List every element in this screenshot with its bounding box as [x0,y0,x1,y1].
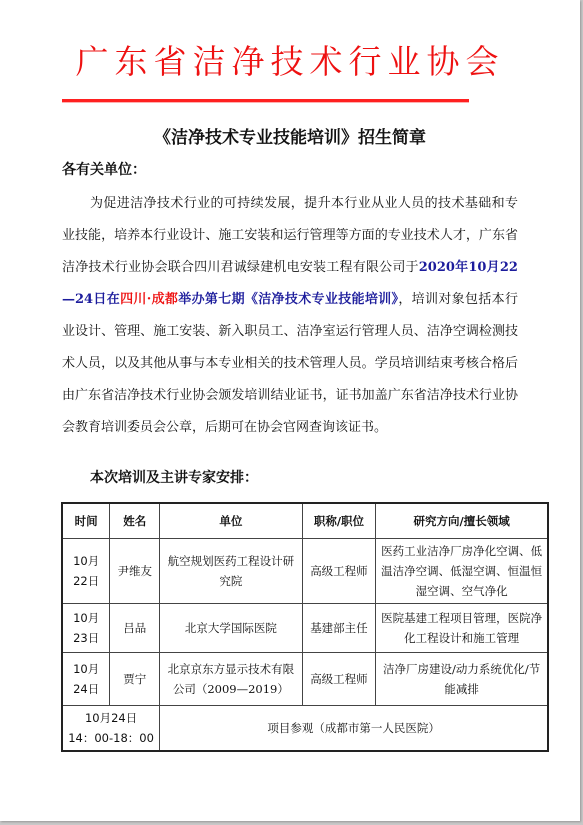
document-title: 《洁净技术专业技能培训》招生简章 [0,127,580,149]
salutation: 各有关单位： [62,160,146,180]
location-highlight: 四川·成都 [120,292,178,307]
table-row: 10月22日 尹维友 航空规划医药工程设计研究院 高级工程师 医药工业洁净厂房净… [62,539,548,604]
header-divider [62,99,469,102]
cell-title: 高级工程师 [302,653,376,706]
cell-org: 北京大学国际医院 [160,604,302,653]
schedule-heading: 本次培训及主讲专家安排： [90,468,258,488]
cell-field: 医药工业洁净厂房净化空调、低温洁净空调、低湿空调、恒温恒湿空调、空气净化 [376,539,548,604]
cell-visit-activity: 项目参观（成都市第一人民医院） [160,706,548,752]
document-page: 广东省洁净技术行业协会 《洁净技术专业技能培训》招生简章 各有关单位： 为促进洁… [0,0,580,821]
event-highlight: 举办第七期《洁净技术专业技能培训》 [178,292,398,307]
cell-date: 10月23日 [62,604,110,653]
table-row: 10月24日 贾宁 北京京东方显示技术有限公司（2009—2019） 高级工程师… [62,653,548,706]
cell-title: 高级工程师 [302,539,376,604]
cell-name: 尹维友 [110,539,160,604]
header-org: 单位 [160,503,302,539]
schedule-table: 时间 姓名 单位 职称/职位 研究方向/擅长领域 10月22日 尹维友 航空规划… [61,502,549,752]
header-field: 研究方向/擅长领域 [376,503,548,539]
cell-date: 10月22日 [62,539,110,604]
header-name: 姓名 [110,503,160,539]
cell-title: 基建部主任 [302,604,376,653]
cell-org: 航空规划医药工程设计研究院 [160,539,302,604]
cell-field: 医院基建工程项目管理，医院净化工程设计和施工管理 [376,604,548,653]
header-time: 时间 [62,503,110,539]
org-name-header: 广东省洁净技术行业协会 [0,42,580,82]
table-header-row: 时间 姓名 单位 职称/职位 研究方向/擅长领域 [62,503,548,539]
table-row-visit: 10月24日 14：00-18：00 项目参观（成都市第一人民医院） [62,706,548,752]
cell-date: 10月24日 [62,653,110,706]
cell-visit-datetime: 10月24日 14：00-18：00 [62,706,160,752]
header-title: 职称/职位 [302,503,376,539]
cell-org: 北京京东方显示技术有限公司（2009—2019） [160,653,302,706]
visit-date: 10月24日 [67,708,155,728]
visit-time: 14：00-18：00 [67,728,155,748]
table-row: 10月23日 吕品 北京大学国际医院 基建部主任 医院基建工程项目管理，医院净化… [62,604,548,653]
intro-paragraph: 为促进洁净技术行业的可持续发展，提升本行业从业人员的技术基础和专业技能，培养本行… [62,188,518,444]
cell-field: 洁净厂房建设/动力系统优化/节能减排 [376,653,548,706]
paragraph-text-2: ，培训对象包括本行业设计、管理、施工安装、新入职员工、洁净室运行管理人员、洁净空… [62,292,518,435]
cell-name: 吕品 [110,604,160,653]
cell-name: 贾宁 [110,653,160,706]
